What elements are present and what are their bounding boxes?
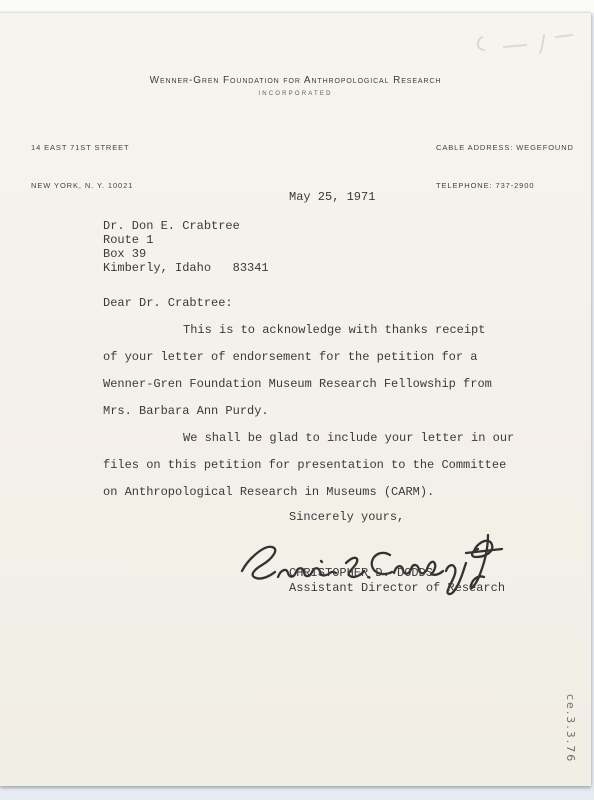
- faint-pencil-marks: [468, 25, 580, 59]
- scanner-edge-top: [0, 0, 594, 13]
- letterhead-telephone: TELEPHONE: 737-2900: [436, 180, 574, 193]
- letterhead-contact: CABLE ADDRESS: WEGEFOUND TELEPHONE: 737-…: [436, 117, 574, 217]
- body-line: Wenner-Gren Foundation Museum Research F…: [103, 377, 492, 392]
- archive-code: ce.3.3.76: [564, 694, 577, 763]
- body-line: Mrs. Barbara Ann Purdy.: [103, 404, 269, 419]
- letterhead-street: 14 EAST 71ST STREET: [31, 142, 133, 155]
- recipient-line: Route 1: [103, 233, 153, 248]
- signer-title: Assistant Director of Research: [289, 581, 505, 596]
- letterhead-org-name: Wenner-Gren Foundation for Anthropologic…: [0, 75, 591, 86]
- signer-name: CHRISTOPHER D. DODDS: [289, 566, 433, 581]
- recipient-line: Box 39: [103, 247, 146, 262]
- letterhead-city: NEW YORK, N. Y. 10021: [31, 180, 133, 193]
- body-line: on Anthropological Research in Museums (…: [103, 485, 434, 500]
- letter-date: May 25, 1971: [289, 190, 375, 205]
- body-line: of your letter of endorsement for the pe…: [103, 350, 477, 365]
- letterhead-incorporated: INCORPORATED: [0, 91, 591, 97]
- body-line: We shall be glad to include your letter …: [103, 431, 514, 446]
- letter-page: Wenner-Gren Foundation for Anthropologic…: [0, 13, 591, 786]
- salutation: Dear Dr. Crabtree:: [103, 296, 233, 311]
- letterhead-address: 14 EAST 71ST STREET NEW YORK, N. Y. 1002…: [31, 117, 133, 217]
- closing: Sincerely yours,: [289, 510, 404, 525]
- letterhead-cable: CABLE ADDRESS: WEGEFOUND: [436, 142, 574, 155]
- body-line: files on this petition for presentation …: [103, 458, 506, 473]
- recipient-line: Kimberly, Idaho 83341: [103, 261, 269, 276]
- recipient-line: Dr. Don E. Crabtree: [103, 219, 240, 234]
- body-line: This is to acknowledge with thanks recei…: [103, 323, 485, 338]
